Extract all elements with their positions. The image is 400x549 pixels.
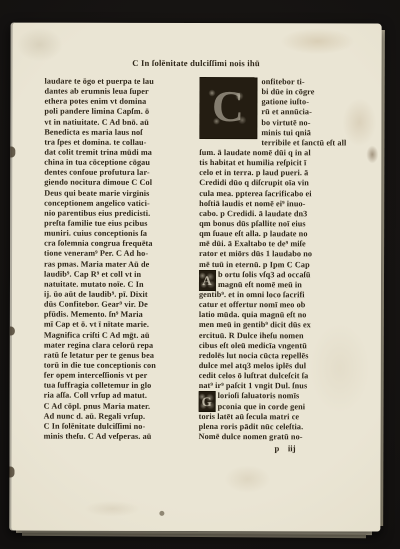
text-line: latio mūda. quia magnū eſt no xyxy=(199,310,346,321)
quire-signature: p iij xyxy=(199,443,346,453)
text-line: dūs Confitebor. Gear⁹ vir. De xyxy=(44,300,191,311)
canticle-lines: b ortu ſolis vſq3 ad occaſūmagnū eſt nom… xyxy=(199,270,346,291)
text-line: conceptionem angelico vatici- xyxy=(44,198,191,209)
text-line: pconia que in corde geni xyxy=(199,402,346,413)
text-line: ſum. ā laudate nomē dūi q in al xyxy=(199,148,346,159)
text-line: tis habitat et humilia reſpicit ī xyxy=(199,158,346,169)
text-line: ras pmas. Maria mater Aū de xyxy=(44,259,191,270)
text-line: mater regina clara celorū repa xyxy=(44,340,191,351)
text-line: minis theſu. C Ad veſperas. aū xyxy=(44,432,191,443)
text-line: ij. ūo aūt de laudib⁹. pī. Dixit xyxy=(44,290,191,301)
text-line: ratū ſe letatur per te genus bea xyxy=(44,350,191,361)
text-line: qm ſuaue eſt alla. p laudate no xyxy=(199,229,346,240)
text-line: rator et miōrs dūs 1 laudabo no xyxy=(199,249,346,260)
text-line: muniri. cuius conceptionis ſa xyxy=(44,229,191,240)
stain xyxy=(17,28,63,62)
left-text-column: laudare te ōgo et puerpa te laudantes ab… xyxy=(44,77,192,453)
text-line: tua ſuffragia colletemur in glo xyxy=(44,381,191,392)
text-line: tione veneram⁹ Per. C Ad ho- xyxy=(44,249,191,260)
woodcut-initial-C: C xyxy=(199,78,256,138)
text-line: C Ad cōpl. pnus Maria mater. xyxy=(44,401,191,412)
text-line: ercituū. R Dulce iheſu nomen xyxy=(199,331,346,342)
text-line: toris latēt aū ſecula matri ce xyxy=(199,412,346,423)
text-line: poli pandere limina Capſm. ō xyxy=(44,107,191,118)
hymn-segment: G lorioſi ſaluatoris nomīspconia que in … xyxy=(199,391,346,412)
text-line: china in tua cōceptione cōgau xyxy=(44,158,191,169)
ornate-initial-G: G xyxy=(199,392,215,411)
lesson-lines: gentib⁹. et in omni loco ſacrificatur et… xyxy=(199,290,346,392)
tail-lines: toris latēt aū ſecula matri ceplena rori… xyxy=(199,412,346,443)
text-line: hoſtiā laudis et nomē ei⁹ inuo- xyxy=(199,199,346,210)
text-line: Nomē dulce nomen gratū no- xyxy=(199,432,346,443)
text-line: laudare te ōgo et puerpa te lau xyxy=(44,77,191,88)
canticle-segment: A b ortu ſolis vſq3 ad occaſūmagnū eſt n… xyxy=(199,270,346,291)
text-line: torū in die tue conceptionis con xyxy=(44,361,191,372)
text-line: cra ſolemnia congrua frequēta xyxy=(44,239,191,250)
page-header-title: C In ſolēnitate dulciſſimi nois ihū xyxy=(11,58,382,69)
text-line: dat colit tremit trina mūdi ma xyxy=(44,148,191,159)
text-line: Credidi dūo q diſcrupit oīa vin xyxy=(199,178,346,189)
text-line: cedit celos ō luſtrat dulceſcit ſa xyxy=(199,371,346,382)
fox-spot xyxy=(159,511,164,516)
right-text-column: C onfitebor ti-bi dūe in cōgregatione iu… xyxy=(199,77,347,453)
text-line: gentib⁹. et in omni loco ſacrifi xyxy=(199,290,346,301)
stain xyxy=(224,465,270,493)
body-lines: terribile et ſanctū eſt alla. p Ipſum. ā… xyxy=(199,138,346,270)
text-line: Benedicta es maria laus noſ xyxy=(44,127,191,138)
text-line: mē dūi. ā Exaltabo te de⁹ miſe xyxy=(199,239,346,250)
text-line: terribile et ſanctū eſt alla. p Ip xyxy=(199,138,346,149)
text-line: mē tuū in eternū. p Ipm C Cap xyxy=(199,260,346,271)
text-line: dentes confoue profutura lar- xyxy=(44,168,191,179)
hymn-lines: lorioſi ſaluatoris nomīspconia que in co… xyxy=(199,391,346,412)
text-line: men meū in gentib⁹ dicit dūs ex xyxy=(199,320,346,331)
text-line: celo et in terra. p laud pueri. ā xyxy=(199,168,346,179)
stain xyxy=(84,501,140,517)
binding-mark xyxy=(9,147,15,158)
text-line: cula mea. ppterea ſacrificabo ei xyxy=(199,189,346,200)
stain xyxy=(366,145,378,163)
lesson-segment: gentib⁹. et in omni loco ſacrificatur et… xyxy=(199,290,346,392)
binding-mark xyxy=(9,467,14,478)
psalm-intro-segment: C onfitebor ti-bi dūe in cōgregatione iu… xyxy=(199,77,346,138)
text-line: preſta familie tue eius pcibus xyxy=(44,219,191,230)
psalm-body-segment: terribile et ſanctū eſt alla. p Ipſum. ā… xyxy=(199,138,346,270)
ornate-initial-A: A xyxy=(199,271,215,290)
text-line: Deus qui beate marie virginis xyxy=(44,188,191,199)
stain xyxy=(281,28,355,54)
left-column-text: laudare te ōgo et puerpa te laudantes ab… xyxy=(44,77,192,442)
book-page: C In ſolēnitate dulciſſimi nois ihū laud… xyxy=(9,23,381,532)
text-line: b ortu ſolis vſq3 ad occaſū xyxy=(199,270,346,281)
tail-segment: toris latēt aū ſecula matri ceplena rori… xyxy=(199,412,346,443)
text-line: nio parentibus eius predicisti. xyxy=(44,208,191,219)
text-line: mī Cap et ō. vt ī nītate marie. xyxy=(44,320,191,331)
text-line: catur et offertur nomī meo ob xyxy=(199,300,346,311)
text-line: cabo. p Credidi. ā laudate dn3 xyxy=(199,209,346,220)
text-line: Ad nunc d. aū. Regali vrſup. xyxy=(44,411,191,422)
stain xyxy=(342,98,376,146)
text-line: plena roris pādit nūc celeſtia. xyxy=(199,422,346,433)
text-line: tra ſpes et domina. te collau- xyxy=(44,137,191,148)
text-line: C In ſolēnitate dulciſſimi no- xyxy=(44,421,191,432)
text-line: dulce mel atq3 melos iplēs dul xyxy=(199,361,346,372)
text-line: fer opem interceſſionis vt per xyxy=(44,371,191,382)
binding-mark xyxy=(9,327,15,336)
text-line: dantes ab erumnis leua ſuper xyxy=(44,87,191,98)
text-line: cibus eſt oleū medicīa vngentū xyxy=(199,341,346,352)
text-line: redolēs lut nocia cūcta repellēs xyxy=(199,351,346,362)
text-line: vt in natiuitate. C Ad bnō. aū xyxy=(44,117,191,128)
text-line: nat⁹ ir⁹ paſcit 1 vngit Dul. ſnus xyxy=(199,381,346,392)
text-line: qm bonus dūs pſallite noī eius xyxy=(199,219,346,230)
text-line: magnū eſt nomē meū in xyxy=(199,280,346,291)
text-line: laudib⁹. Cap R⁹ et coll vt in xyxy=(44,269,191,280)
text-line: ethera potes enim vt domina xyxy=(44,97,191,108)
text-line: giendo nocitura dimoue C Col xyxy=(44,178,191,189)
text-line: natuitate. mutato noīe. C In xyxy=(44,279,191,290)
text-line: pfūdis. Memento. ſn⁹ Maria xyxy=(44,310,191,321)
photo-background: C In ſolēnitate dulciſſimi nois ihū laud… xyxy=(0,0,400,549)
text-line: Magnifica criſti C Ad mḡt. aū xyxy=(44,330,191,341)
text-line: ria aſſa. Coll vrſup ad matut. xyxy=(44,391,191,402)
text-columns: laudare te ōgo et puerpa te laudantes ab… xyxy=(44,77,347,454)
text-line: lorioſi ſaluatoris nomīs xyxy=(199,391,346,402)
